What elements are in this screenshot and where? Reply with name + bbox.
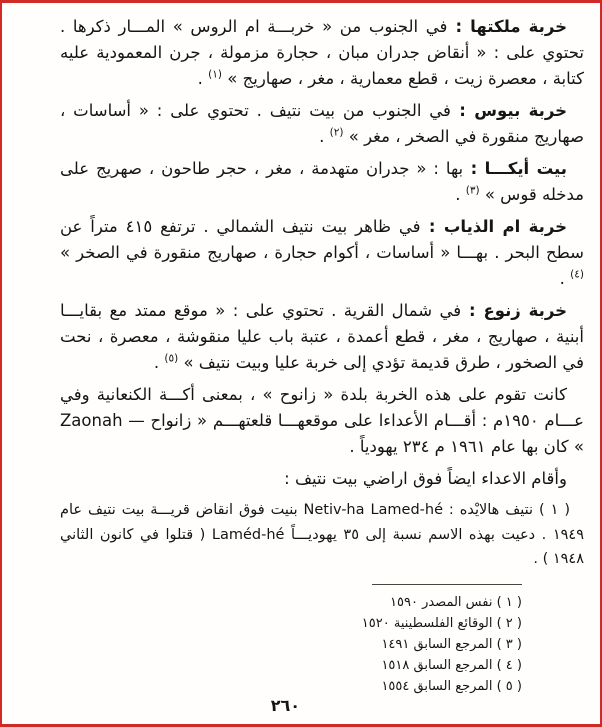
entry-khirbet-malkatha: خربة ملكتها : في الجنوب من « خربـــة ام … — [60, 14, 584, 92]
footnote-text: الوقائع الفلسطينية ١٥٢٠ — [362, 616, 493, 631]
footnote-divider — [372, 584, 522, 585]
item-text: نتيف هالايْده : Netiv-ha Lamed-hé بنيت ف… — [60, 502, 584, 567]
footnote-ref-2: (٢) — [330, 127, 344, 139]
footnote-marker: ( ٣ ) — [492, 637, 522, 652]
entry-beit-ayka: بيت أيكـــا : بها : « جدران متهدمة ، مغر… — [60, 156, 584, 208]
entry-heading: خربة ملكتها : — [447, 17, 567, 36]
footnote-2: ( ٢ ) الوقائع الفلسطينية ١٥٢٠ — [60, 613, 522, 634]
entry-khirbet-umm-aldhiyab: خربة ام الذياب : في ظاهر بيت نتيف الشمال… — [60, 214, 584, 292]
footnote-ref-1: (١) — [208, 69, 222, 81]
footnote-1: ( ١ ) نفس المصدر ١٥٩٠ — [60, 592, 522, 613]
footnote-4: ( ٤ ) المرجع السابق ١٥١٨ — [60, 655, 522, 676]
entry-khirbet-zanua: خربة زنوع : في شمال القرية . تحتوي على :… — [60, 298, 584, 376]
footnotes-block: ( ١ ) نفس المصدر ١٥٩٠ ( ٢ ) الوقائع الفل… — [60, 592, 584, 697]
entry-khirbet-bayus: خربة بيوس : في الجنوب من بيت نتيف . تحتو… — [60, 98, 584, 150]
numbered-item-netiv-halamedhe: ( ١ ) نتيف هالايْده : Netiv-ha Lamed-hé … — [60, 498, 584, 572]
footnote-3: ( ٣ ) المرجع السابق ١٤٩١ — [60, 634, 522, 655]
entry-tail: . — [198, 69, 209, 88]
footnote-ref-5: (٥) — [164, 353, 178, 365]
page-number: ٢٦٠ — [271, 696, 300, 715]
footnote-text: المرجع السابق ١٥١٨ — [381, 658, 492, 673]
entry-heading: خربة ام الذياب : — [421, 217, 567, 236]
narrative-zanoah-history: كانت تقوم على هذه الخربة بلدة « زانوح » … — [60, 382, 584, 460]
entry-tail: . — [560, 269, 571, 288]
footnote-marker: ( ٤ ) — [492, 658, 522, 673]
scanned-book-page: خربة ملكتها : في الجنوب من « خربـــة ام … — [0, 0, 602, 727]
page-content: خربة ملكتها : في الجنوب من « خربـــة ام … — [2, 3, 600, 697]
entry-tail: . — [319, 127, 330, 146]
narrative-enemy-settlements-intro: وأقام الاعداء ايضاً فوق اراضي بيت نتيف : — [60, 466, 584, 492]
footnote-text: نفس المصدر ١٥٩٠ — [390, 595, 492, 610]
entry-tail: . — [154, 353, 165, 372]
item-number: ( ١ ) — [533, 502, 570, 518]
footnote-ref-3: (٣) — [466, 185, 480, 197]
footnote-marker: ( ١ ) — [492, 595, 522, 610]
entry-tail: . — [455, 185, 466, 204]
footnote-marker: ( ٢ ) — [492, 616, 522, 631]
entry-heading: خربة بيوس : — [451, 101, 567, 120]
footnote-text: المرجع السابق ١٥٥٤ — [381, 679, 492, 694]
footnote-marker: ( ٥ ) — [492, 679, 522, 694]
footnote-ref-4: (٤) — [570, 269, 584, 281]
footnote-5: ( ٥ ) المرجع السابق ١٥٥٤ — [60, 676, 522, 697]
entry-heading: بيت أيكـــا : — [463, 159, 567, 178]
entry-heading: خربة زنوع : — [461, 301, 567, 320]
footnote-text: المرجع السابق ١٤٩١ — [381, 637, 492, 652]
